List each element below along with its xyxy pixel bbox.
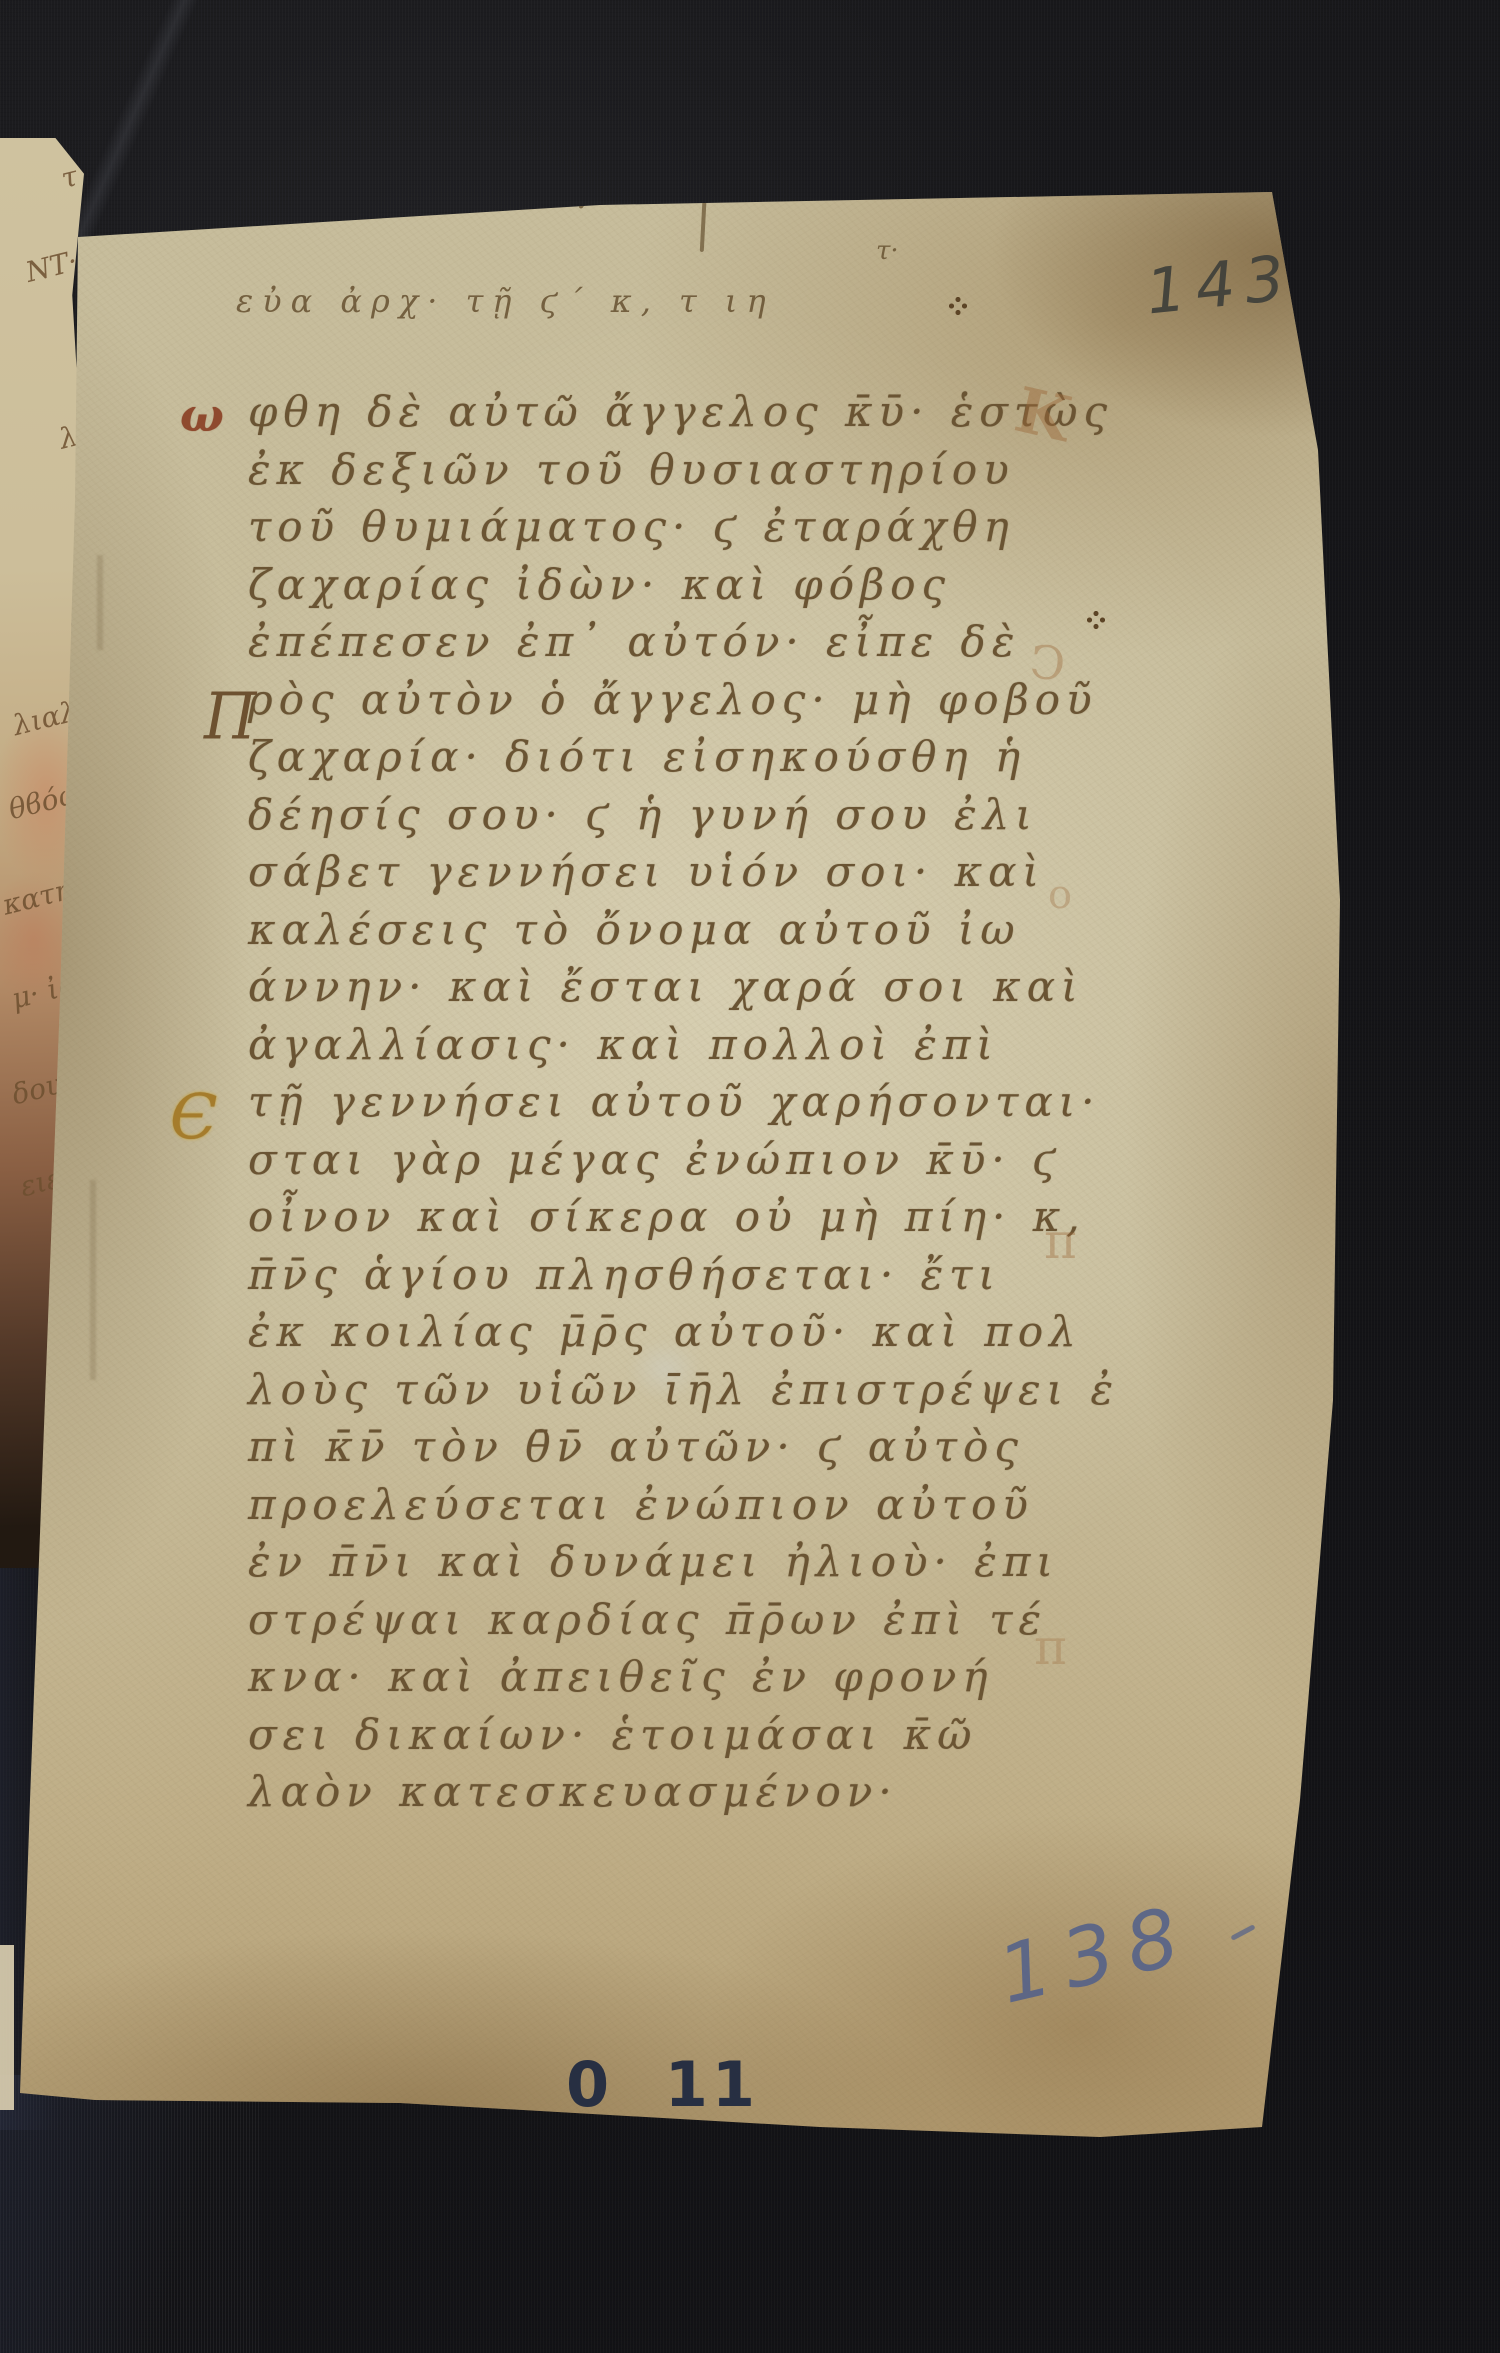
- text-line: ζαχαρίας ἰδὼν· καὶ φόβος: [248, 556, 1088, 614]
- underlying-leaf-sliver: [0, 1945, 14, 2110]
- text-line: λαὸν κατεσκευασμένον·: [248, 1763, 1088, 1821]
- text-line: κνα· καὶ ἀπειθεῖς ἐν φρονή: [248, 1648, 1088, 1706]
- text-line: ρὸς αὐτὸν ὁ ἄγγελος· μὴ φοβοῦ: [248, 671, 1088, 729]
- text-line: ζαχαρία· διότι εἰσηκούσθη ἡ: [248, 728, 1088, 786]
- text-line: σται γὰρ μέγας ἐνώπιον κ̄ῡ· ϛ: [248, 1131, 1088, 1189]
- manuscript-photograph: τ ΝΤ· λ λιαλ θϐόφ κατην μ· ἰφ δουτ ειεθ …: [0, 0, 1500, 2353]
- initial-epsilon: Є: [170, 1080, 217, 1153]
- text-line: ἀγαλλίασις· καὶ πολλοὶ ἐπὶ: [248, 1016, 1088, 1074]
- text-line: φθη δὲ αὐτῶ ἄγγελος κ̄ῡ· ἑστὼς: [248, 383, 1088, 441]
- margin-offset-letter: C: [1027, 634, 1068, 691]
- lection-note: εὐα ἀρχ· τῇ ϛ´ κ, τ ιη: [236, 282, 996, 320]
- facing-folio-fragment: τ: [0, 159, 81, 209]
- librarian-number-tick: [1230, 1924, 1255, 1941]
- rubric-superscript-right: τ·: [876, 236, 899, 266]
- margin-offset-letter: ο: [1048, 872, 1072, 918]
- text-line: πὶ κ̄ν̄ τὸν θ̄ν̄ αὐτῶν· ϛ αὐτὸς: [248, 1418, 1088, 1476]
- text-line: π̄ν̄ς ἁγίου πλησθήσεται· ἔτι: [248, 1246, 1088, 1304]
- facing-folio-fragment: λ: [0, 419, 81, 469]
- librarian-number: 138: [990, 1887, 1201, 2021]
- text-line: δέησίς σου· ϛ ἡ γυνή σου ἐλι: [248, 786, 1088, 844]
- quire-mark: 0 11: [566, 2048, 759, 2121]
- cloth-sheen-bottom: [0, 2075, 260, 2353]
- margin-offset-letter: π: [1034, 1618, 1067, 1676]
- facing-folio-fragment: ΝΤ·: [0, 244, 81, 294]
- text-line: ἐν π̄ν̄ι καὶ δυνάμει ἠλιοὺ· ἐπι: [248, 1533, 1088, 1591]
- text-line: καλέσεις τὸ ὄνομα αὐτοῦ ἰω: [248, 901, 1088, 959]
- folio-number: 143: [1143, 240, 1298, 328]
- text-block: φθη δὲ αὐτῶ ἄγγελος κ̄ῡ· ἑστὼς ἐκ δεξιῶν…: [248, 383, 1088, 1821]
- text-line: τοῦ θυμιάματος· ϛ ἐταράχθη: [248, 498, 1088, 556]
- ruling-shadow: [90, 1180, 96, 1380]
- quatrefoil-mark: [948, 296, 968, 316]
- text-line: λοὺς τῶν υἱῶν ῑη̄λ ἐπιστρέψει ἐ: [248, 1361, 1088, 1419]
- text-line: ἐπέπεσεν ἐπ᾽ αὐτόν· εἶπε δὲ: [248, 613, 1088, 671]
- initial-omega: ω: [180, 388, 224, 442]
- text-line: ἐκ κοιλίας μ̄ρ̄ς αὐτοῦ· καὶ πολ: [248, 1303, 1088, 1361]
- text-line: σει δικαίων· ἑτοιμάσαι κ̄ῶ: [248, 1706, 1088, 1764]
- quatrefoil-mark: [1086, 610, 1106, 630]
- text-line: άννην· καὶ ἔσται χαρά σοι καὶ: [248, 958, 1088, 1016]
- text-line: προελεύσεται ἐνώπιον αὐτοῦ: [248, 1476, 1088, 1534]
- text-line: τῇ γεννήσει αὐτοῦ χαρήσονται·: [248, 1073, 1088, 1131]
- text-line: σάβετ γεννήσει υἱόν σοι· καὶ: [248, 843, 1088, 901]
- ruling-shadow: [97, 555, 103, 650]
- manuscript-page: 143 με γ τ· εὐα ἀρχ· τῇ ϛ´ κ, τ ιη ω Π Є…: [0, 0, 1500, 2353]
- text-line: οἶνον καὶ σίκερα οὐ μὴ πίη· κ,: [248, 1188, 1088, 1246]
- text-line: στρέψαι καρδίας π̄ρ̄ων ἐπὶ τέ: [248, 1591, 1088, 1649]
- text-line: ἐκ δεξιῶν τοῦ θυσιαστηρίου: [248, 441, 1088, 499]
- margin-offset-letter: π: [1044, 1212, 1077, 1270]
